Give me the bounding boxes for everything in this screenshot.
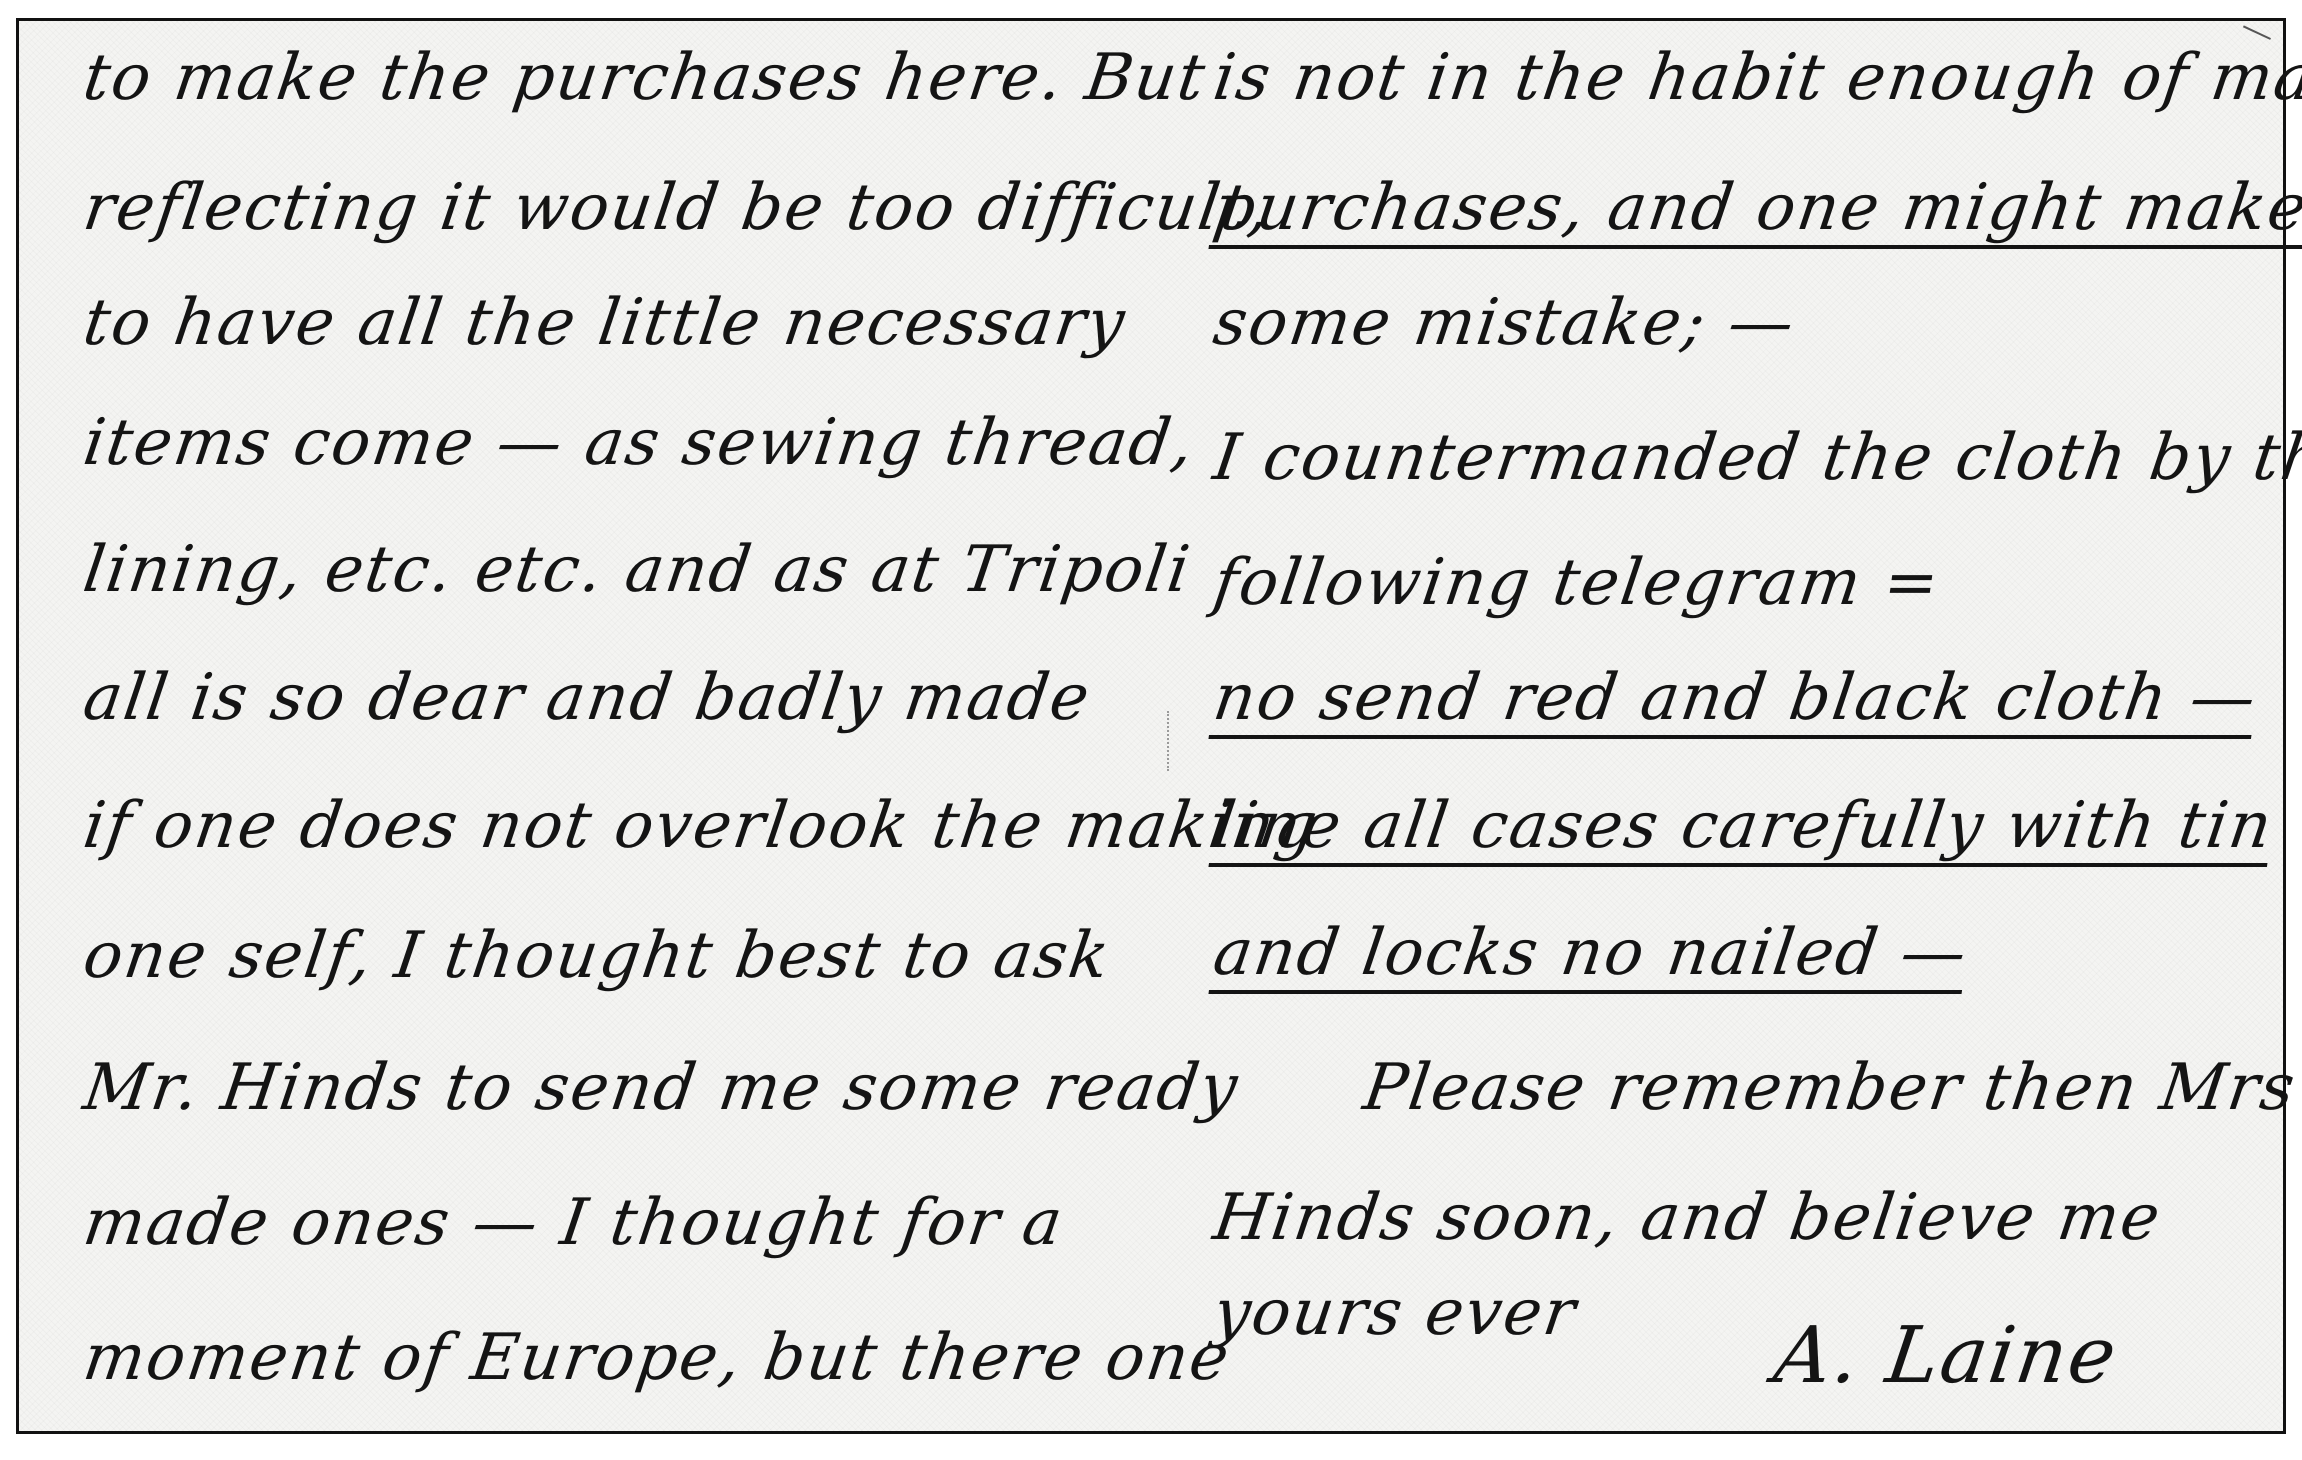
handwritten-line: following telegram =	[1209, 546, 1945, 620]
handwritten-line: some mistake; —	[1209, 286, 1800, 360]
left-column: to make the purchases here. But reflecti…	[79, 21, 1189, 1431]
handwritten-line: reflecting it would be too difficult,	[79, 171, 1276, 245]
handwritten-line: moment of Europe, but there one	[79, 1321, 1235, 1395]
telegram-line: line all cases carefully with tin	[1209, 789, 2278, 863]
handwritten-line: one self, I thought best to ask	[79, 919, 1115, 993]
signature: A. Laine	[1769, 1311, 2123, 1401]
handwritten-line: all is so dear and badly made	[79, 661, 1096, 735]
handwritten-line: lining, etc. etc. and as at Tripoli	[79, 533, 1196, 607]
handwritten-line: is not in the habit enough of making	[1209, 41, 2302, 115]
handwritten-line: Please remember then Mrs	[1359, 1051, 2301, 1125]
telegram-line: no send red and black cloth —	[1209, 661, 2262, 735]
handwritten-line: to make the purchases here. But	[79, 41, 1211, 115]
letter-page: to make the purchases here. But reflecti…	[16, 18, 2286, 1434]
handwritten-line: to have all the little necessary	[79, 286, 1131, 360]
closing-line: yours ever	[1209, 1276, 1582, 1350]
telegram-line: and locks no nailed —	[1209, 916, 1972, 990]
handwritten-line: Hinds soon, and believe me	[1209, 1181, 2166, 1255]
handwritten-line: if one does not overlook the making	[79, 789, 1323, 863]
handwritten-line: Mr. Hinds to send me some ready	[79, 1051, 1244, 1125]
right-column: is not in the habit enough of making pur…	[1209, 21, 2279, 1431]
handwritten-line: purchases, and one might make	[1209, 171, 2302, 245]
handwritten-line: I countermanded the cloth by the	[1209, 421, 2302, 495]
handwritten-line: made ones — I thought for a	[79, 1186, 1068, 1260]
handwritten-line: items come — as sewing thread,	[79, 406, 1200, 480]
